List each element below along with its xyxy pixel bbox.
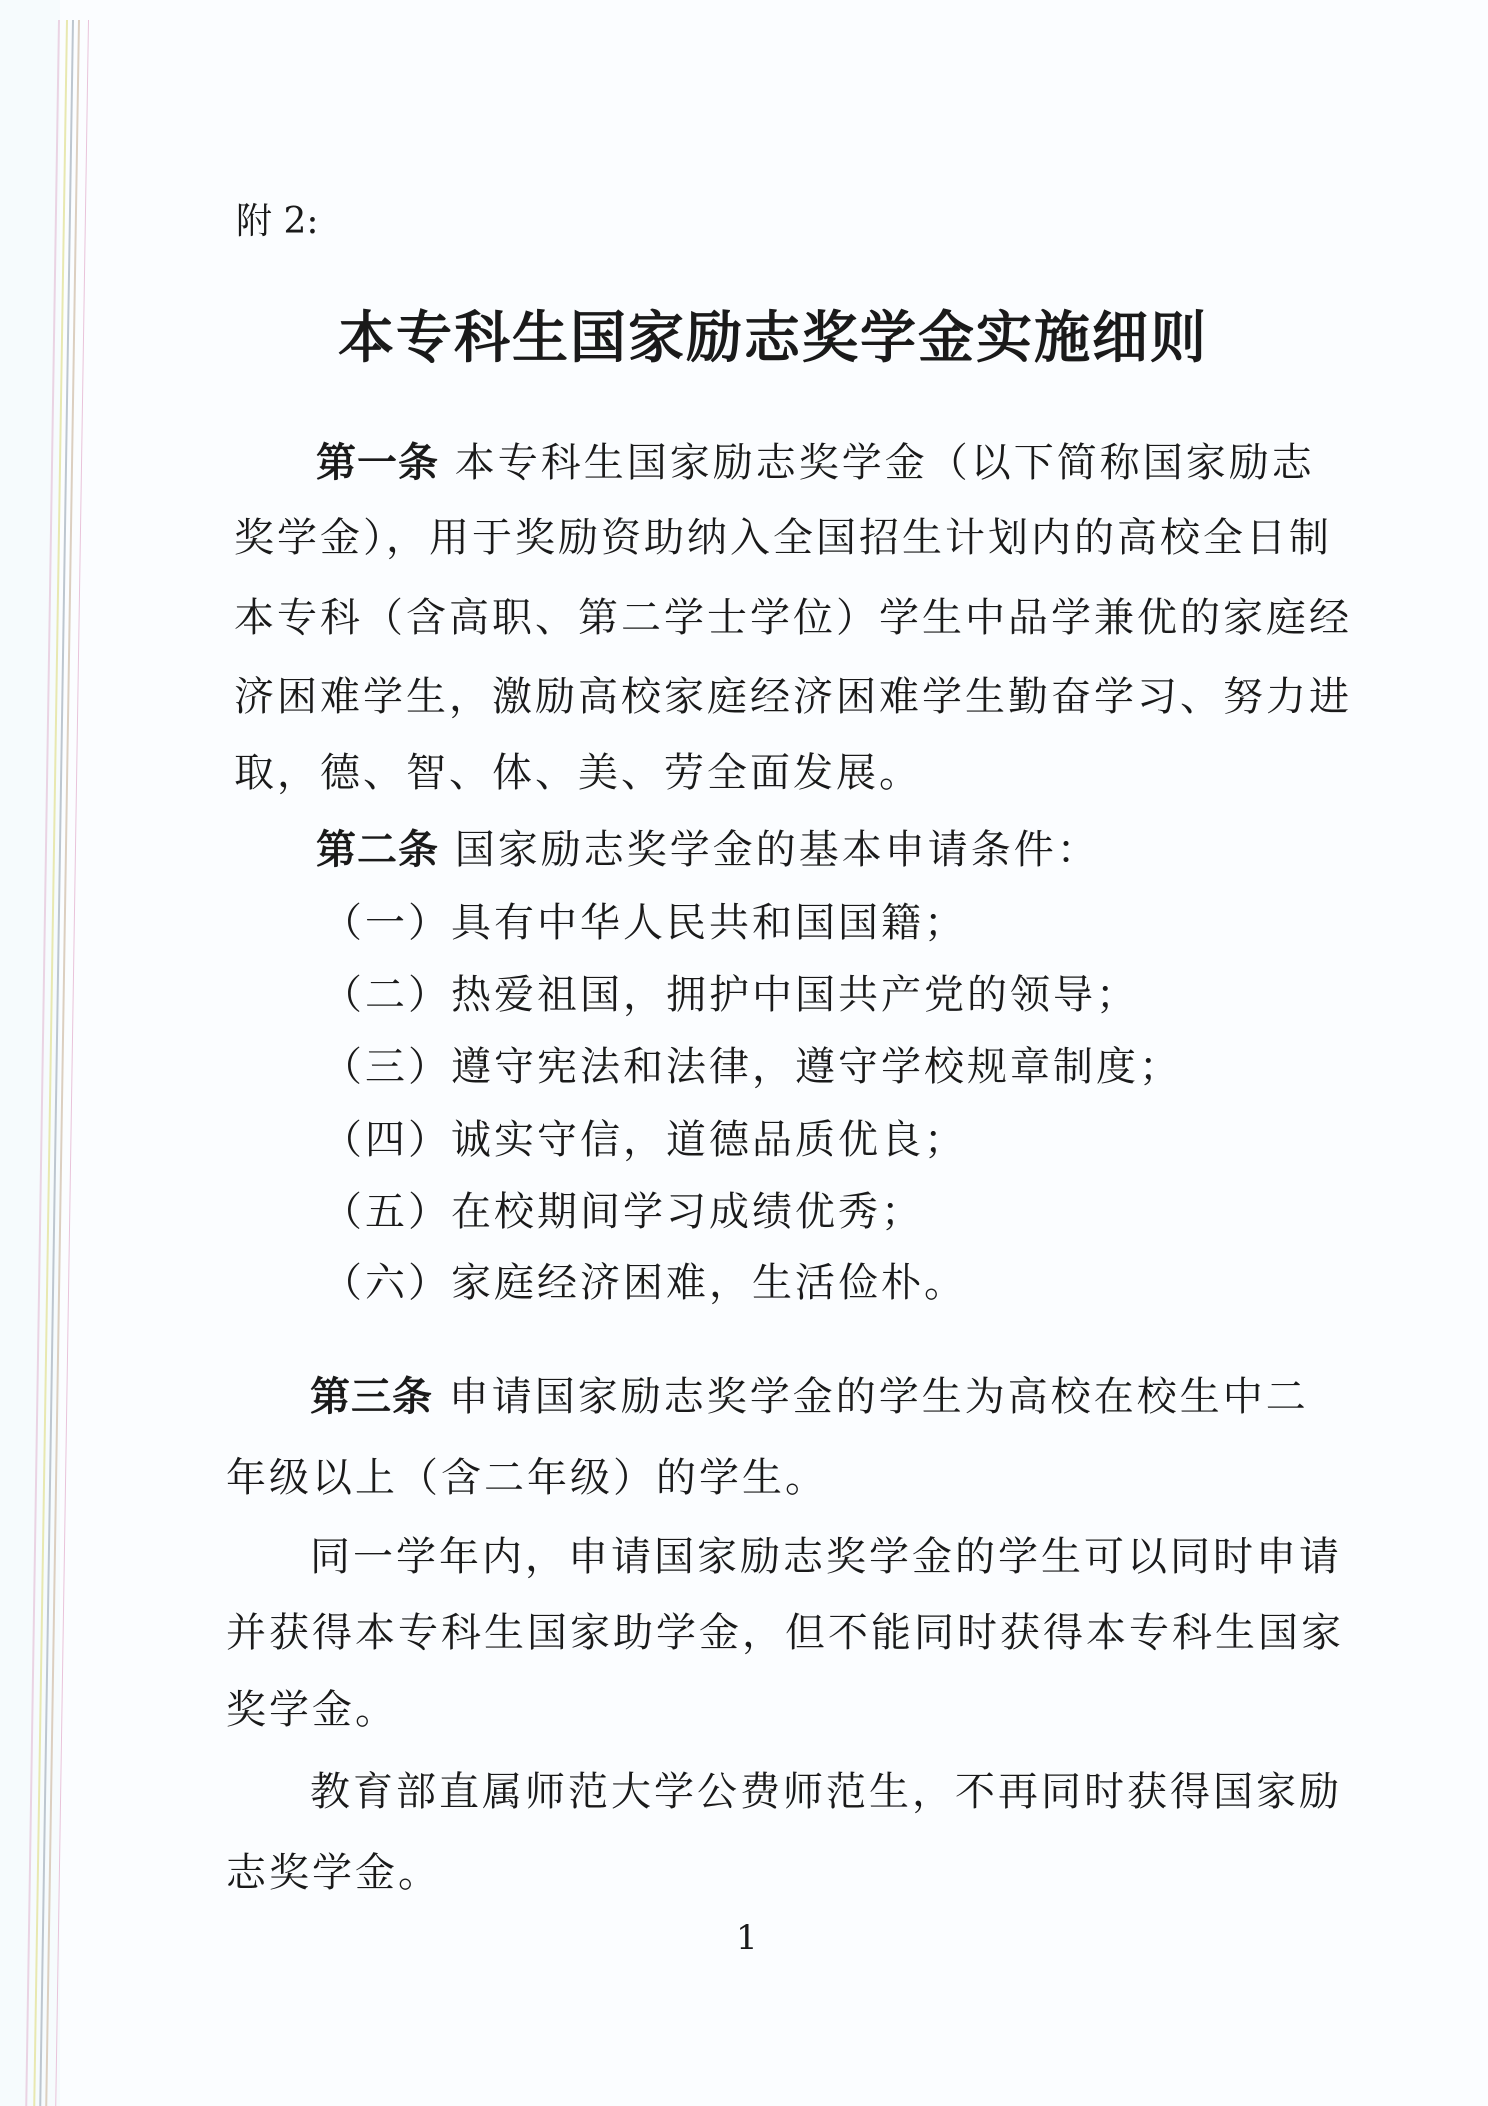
condition-item-1: （一）具有中华人民共和国国籍； (322, 899, 967, 947)
article-2-line-1: 第二条 国家励志奖学金的基本申请条件： (316, 826, 1100, 874)
article-1-line-5: 取，德、智、体、美、劳全面发展。 (234, 749, 922, 797)
article-1-text: 本专科生国家励志奖学金（以下简称国家励志 (455, 440, 1315, 486)
attachment-label: 附 2: (236, 200, 318, 244)
article-1-line-2: 奖学金），用于奖励资助纳入全国招生计划内的高校全日制 (234, 514, 1332, 562)
article-3-para-1-line-2: 并获得本专科生国家助学金，但不能同时获得本专科生国家 (226, 1609, 1344, 1657)
article-3-line-2: 年级以上（含二年级）的学生。 (226, 1454, 828, 1502)
article-1-line-4: 济困难学生，激励高校家庭经济困难学生勤奋学习、努力进 (234, 673, 1352, 721)
article-3-line-1: 第三条 申请国家励志奖学金的学生为高校在校生中二 (310, 1373, 1309, 1421)
page-number: 1 (736, 1918, 758, 1958)
article-3-para-1-line-1: 同一学年内，申请国家励志奖学金的学生可以同时申请 (310, 1533, 1342, 1581)
article-3-text: 申请国家励志奖学金的学生为高校在校生中二 (449, 1374, 1309, 1420)
article-1-line-1: 第一条 本专科生国家励志奖学金（以下简称国家励志 (316, 439, 1315, 487)
condition-item-5: （五）在校期间学习成绩优秀； (322, 1188, 924, 1236)
article-2-heading: 第二条 (316, 827, 439, 873)
article-3-heading: 第三条 (310, 1374, 433, 1420)
article-3-para-2-line-2: 志奖学金。 (226, 1849, 441, 1897)
article-3-para-2-line-1: 教育部直属师范大学公费师范生，不再同时获得国家励 (310, 1768, 1342, 1816)
article-1-heading: 第一条 (316, 440, 439, 486)
condition-item-2: （二）热爱祖国，拥护中国共产党的领导； (322, 971, 1139, 1019)
condition-item-6: （六）家庭经济困难，生活俭朴。 (322, 1259, 967, 1307)
condition-item-4: （四）诚实守信，道德品质优良； (322, 1116, 967, 1164)
condition-item-3: （三）遵守宪法和法律，遵守学校规章制度； (322, 1043, 1182, 1091)
article-3-para-1-line-3: 奖学金。 (226, 1686, 398, 1734)
article-2-text: 国家励志奖学金的基本申请条件： (455, 827, 1100, 873)
article-1-line-3: 本专科（含高职、第二学士学位）学生中品学兼优的家庭经 (234, 594, 1352, 642)
document-title: 本专科生国家励志奖学金实施细则 (338, 308, 1208, 370)
